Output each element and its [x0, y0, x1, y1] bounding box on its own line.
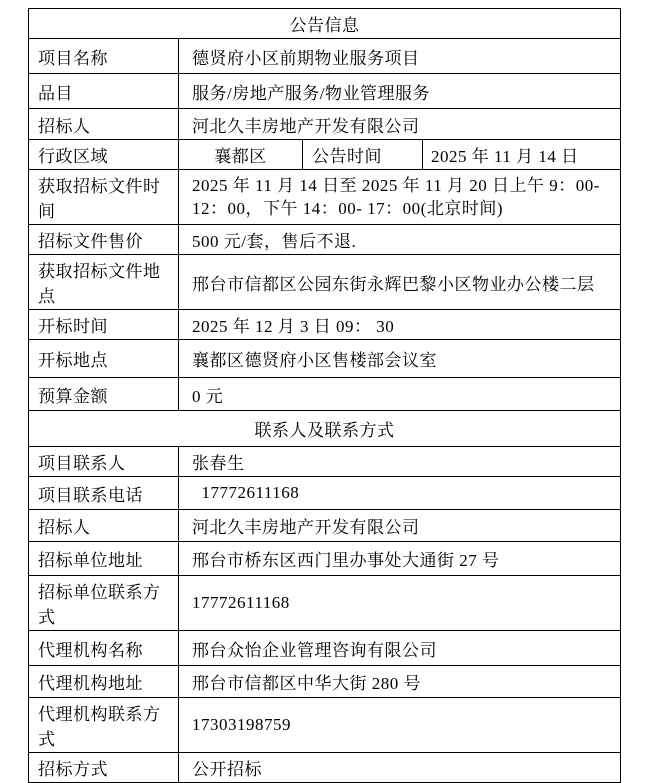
- announcement-table: 公告信息 项目名称 德贤府小区前期物业服务项目 品目 服务/房地产服务/物业管理…: [28, 8, 621, 783]
- value-agency-phone: 17303198759: [179, 698, 621, 753]
- label-announcement-date: 公告时间: [303, 140, 423, 170]
- label-category: 品目: [29, 74, 179, 109]
- label-bid-opening-time: 开标时间: [29, 310, 179, 340]
- label-document-time: 获取招标文件时间: [29, 170, 179, 225]
- table-row: 项目联系人 张春生: [29, 447, 621, 477]
- label-agency-name: 代理机构名称: [29, 631, 179, 666]
- table-row: 开标时间 2025 年 12 月 3 日 09： 30: [29, 310, 621, 340]
- table-row: 获取招标文件地点 邢台市信都区公园东街永辉巴黎小区物业办公楼二层: [29, 255, 621, 310]
- table-row: 招标文件售价 500 元/套，售后不退.: [29, 225, 621, 255]
- table-row: 招标单位地址 邢台市桥东区西门里办事处大通街 27 号: [29, 542, 621, 576]
- value-bid-opening-time: 2025 年 12 月 3 日 09： 30: [179, 310, 621, 340]
- value-document-price: 500 元/套，售后不退.: [179, 225, 621, 255]
- section-title-contacts: 联系人及联系方式: [29, 411, 621, 447]
- table-row: 项目名称 德贤府小区前期物业服务项目: [29, 39, 621, 74]
- label-tenderer: 招标人: [29, 109, 179, 140]
- table-row: 代理机构地址 邢台市信都区中华大街 280 号: [29, 666, 621, 698]
- table-row: 开标地点 襄都区德贤府小区售楼部会议室: [29, 340, 621, 378]
- value-admin-region: 襄都区: [179, 140, 303, 170]
- section-title-announcement: 公告信息: [29, 9, 621, 39]
- label-document-place: 获取招标文件地点: [29, 255, 179, 310]
- table-row: 联系人及联系方式: [29, 411, 621, 447]
- value-document-time: 2025 年 11 月 14 日至 2025 年 11 月 20 日上午 9：0…: [179, 170, 621, 225]
- table-row: 预算金额 0 元: [29, 378, 621, 411]
- table-row: 代理机构联系方式 17303198759: [29, 698, 621, 753]
- label-budget: 预算金额: [29, 378, 179, 411]
- label-agency-phone: 代理机构联系方式: [29, 698, 179, 753]
- label-tenderer-contact: 招标人: [29, 510, 179, 542]
- value-agency-address: 邢台市信都区中华大街 280 号: [179, 666, 621, 698]
- table-row: 公告信息: [29, 9, 621, 39]
- value-tenderer-contact: 河北久丰房地产开发有限公司: [179, 510, 621, 542]
- value-project-phone: 17772611168: [179, 477, 621, 510]
- value-project-name: 德贤府小区前期物业服务项目: [179, 39, 621, 74]
- label-document-price: 招标文件售价: [29, 225, 179, 255]
- table-row: 品目 服务/房地产服务/物业管理服务: [29, 74, 621, 109]
- value-project-contact: 张春生: [179, 447, 621, 477]
- label-project-name: 项目名称: [29, 39, 179, 74]
- value-tenderer-address: 邢台市桥东区西门里办事处大通街 27 号: [179, 542, 621, 576]
- table-row: 获取招标文件时间 2025 年 11 月 14 日至 2025 年 11 月 2…: [29, 170, 621, 225]
- label-project-phone: 项目联系电话: [29, 477, 179, 510]
- value-tenderer: 河北久丰房地产开发有限公司: [179, 109, 621, 140]
- label-admin-region: 行政区域: [29, 140, 179, 170]
- label-tenderer-phone: 招标单位联系方式: [29, 576, 179, 631]
- value-category: 服务/房地产服务/物业管理服务: [179, 74, 621, 109]
- value-budget: 0 元: [179, 378, 621, 411]
- value-announcement-date: 2025 年 11 月 14 日: [423, 140, 621, 170]
- value-document-place: 邢台市信都区公园东街永辉巴黎小区物业办公楼二层: [179, 255, 621, 310]
- value-bid-opening-place: 襄都区德贤府小区售楼部会议室: [179, 340, 621, 378]
- table-row: 招标人 河北久丰房地产开发有限公司: [29, 109, 621, 140]
- table-row: 代理机构名称 邢台众怡企业管理咨询有限公司: [29, 631, 621, 666]
- label-bid-opening-place: 开标地点: [29, 340, 179, 378]
- table-row: 项目联系电话 17772611168: [29, 477, 621, 510]
- value-tender-method: 公开招标: [179, 753, 621, 783]
- value-agency-name: 邢台众怡企业管理咨询有限公司: [179, 631, 621, 666]
- label-project-contact: 项目联系人: [29, 447, 179, 477]
- table-row: 招标人 河北久丰房地产开发有限公司: [29, 510, 621, 542]
- table-row: 招标单位联系方式 17772611168: [29, 576, 621, 631]
- table-row: 招标方式 公开招标: [29, 753, 621, 783]
- label-agency-address: 代理机构地址: [29, 666, 179, 698]
- value-tenderer-phone: 17772611168: [179, 576, 621, 631]
- label-tender-method: 招标方式: [29, 753, 179, 783]
- label-tenderer-address: 招标单位地址: [29, 542, 179, 576]
- table-row: 行政区域 襄都区 公告时间 2025 年 11 月 14 日: [29, 140, 621, 170]
